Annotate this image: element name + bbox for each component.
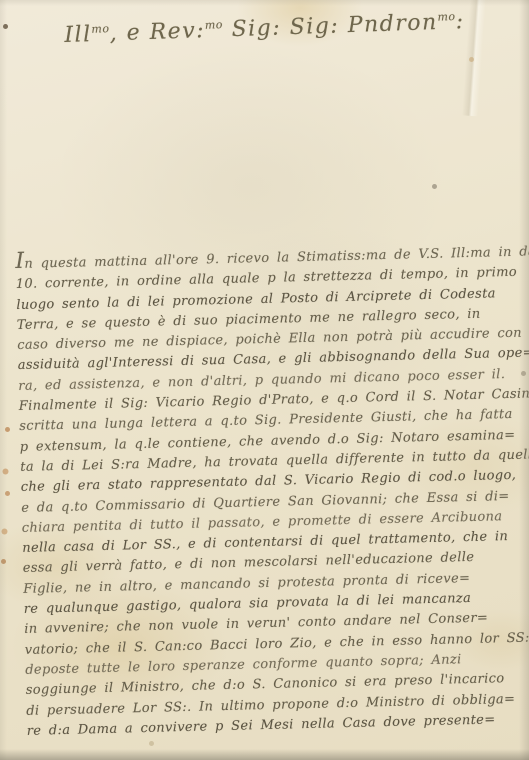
salutation-superscript: mo [437,10,456,24]
manuscript-page: Illmo, e Rev:mo Sig: Sig: Pndronmo: In q… [0,0,529,760]
salutation-text: Sig: Sig: Pndron [223,10,438,42]
salutation-text: : [455,9,465,34]
salutation-text: , e Rev: [109,18,205,46]
salutation-superscript: mo [205,18,224,32]
letter-body: In questa mattina all'ore 9. ricevo la S… [15,238,529,742]
salutation-text: Ill [64,22,92,48]
letter-salutation: Illmo, e Rev:mo Sig: Sig: Pndronmo: [0,7,529,50]
paper-foxing-specks [0,0,3,3]
salutation-superscript: mo [91,22,110,36]
